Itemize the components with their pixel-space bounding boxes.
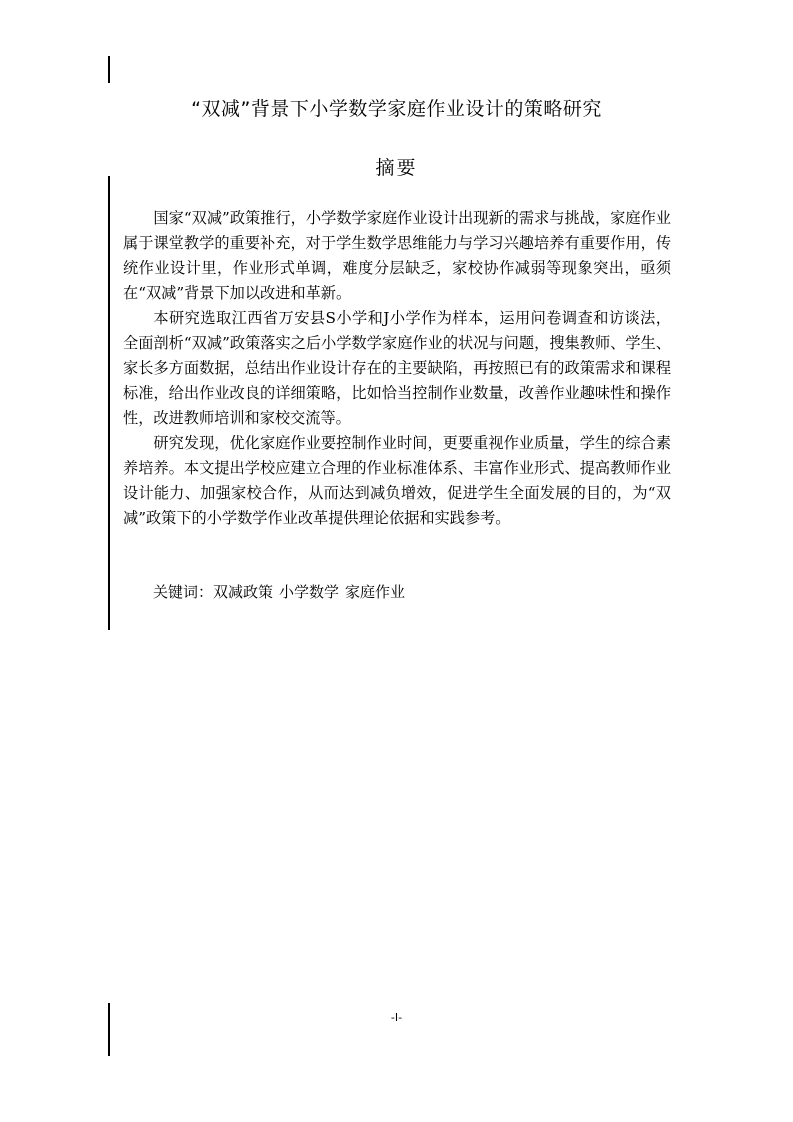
abstract-paragraph-3: 研究发现，优化家庭作业要控制作业时间，更要重视作业质量，学生的综合素养培养。本文… [123,431,671,531]
keywords-line: 关键词：双减政策小学数学家庭作业 [153,581,411,602]
margin-bar-top [108,56,110,83]
abstract-paragraph-2: 本研究选取江西省万安县S小学和J小学作为样本，运用问卷调查和访谈法，全面剖析“双… [123,306,671,431]
abstract-paragraph-1: 国家“双减”政策推行，小学数学家庭作业设计出现新的需求与挑战，家庭作业属于课堂教… [123,206,671,306]
section-heading-abstract: 摘要 [0,153,793,180]
document-title: “双减”背景下小学数学家庭作业设计的策略研究 [0,94,793,121]
abstract-body: 国家“双减”政策推行，小学数学家庭作业设计出现新的需求与挑战，家庭作业属于课堂教… [123,206,671,531]
margin-bar-middle [108,176,110,630]
keyword-2: 小学数学 [279,583,339,601]
keywords-label: 关键词： [153,583,213,601]
keyword-1: 双减政策 [213,583,273,601]
page-number: -I- [0,1011,793,1024]
keyword-3: 家庭作业 [345,583,405,601]
